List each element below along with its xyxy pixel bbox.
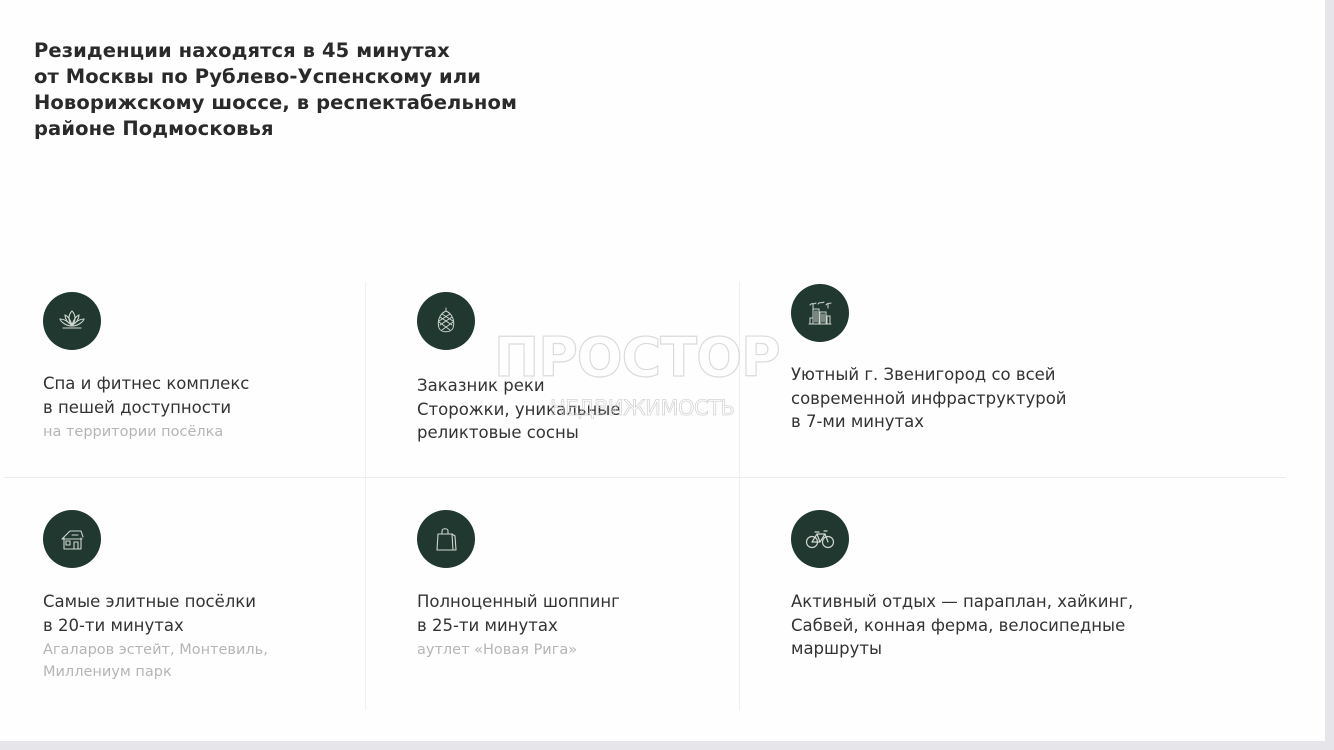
feature-spa: Спа и фитнес комплекс в пешей доступност… [43, 292, 403, 443]
feature-title: Спа и фитнес комплекс в пешей доступност… [43, 372, 403, 419]
feature-title: Полноценный шоппинг в 25-ти минутах [417, 590, 777, 637]
feature-city: Уютный г. Звенигород со всей современной… [791, 284, 1151, 434]
feature-title: Уютный г. Звенигород со всей современной… [791, 363, 1151, 434]
headline: Резиденции находятся в 45 минутах от Мос… [34, 38, 634, 142]
page: Резиденции находятся в 45 минутах от Мос… [0, 0, 1325, 741]
feature-title: Активный отдых — параплан, хайкинг, Сабв… [791, 590, 1211, 661]
city-icon [791, 284, 849, 342]
feature-title: Самые элитные посёлки в 20-ти минутах [43, 590, 403, 637]
feature-shopping: Полноценный шоппинг в 25-ти минутах аутл… [417, 510, 777, 661]
shopping-bag-icon [417, 510, 475, 568]
house-icon [43, 510, 101, 568]
bicycle-icon [791, 510, 849, 568]
feature-villages: Самые элитные посёлки в 20-ти минутах Аг… [43, 510, 403, 683]
feature-subtitle: Агаларов эстейт, Монтевиль, Миллениум па… [43, 639, 403, 683]
feature-subtitle: аутлет «Новая Рига» [417, 639, 777, 661]
divider-horizontal [4, 477, 1286, 478]
pinecone-icon [417, 292, 475, 350]
feature-title: Заказник реки Сторожки, уникальные релик… [417, 374, 777, 445]
feature-reserve: Заказник реки Сторожки, уникальные релик… [417, 292, 777, 445]
feature-subtitle: на территории посёлка [43, 421, 403, 443]
lotus-icon [43, 292, 101, 350]
feature-active-leisure: Активный отдых — параплан, хайкинг, Сабв… [791, 510, 1211, 661]
